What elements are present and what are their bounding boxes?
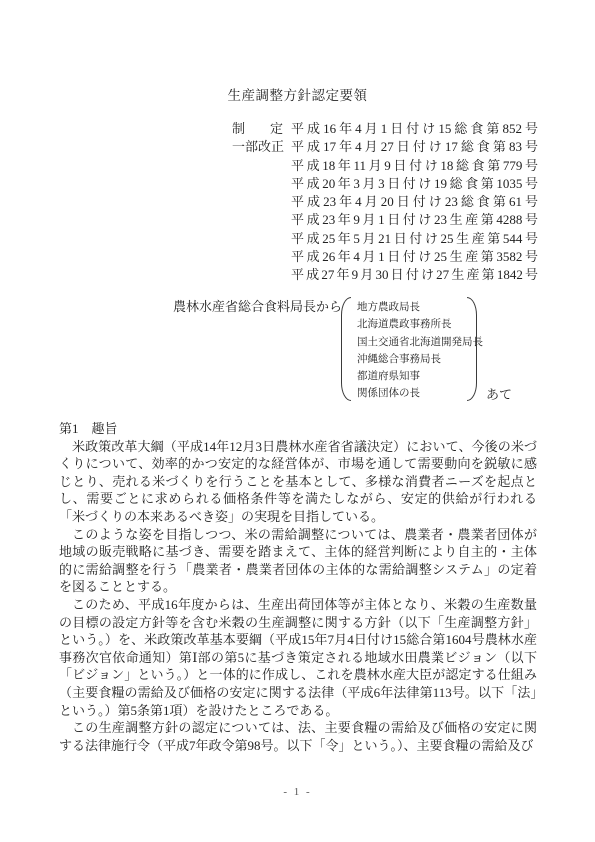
history-row-date: 平成20年3月3日付け19総食第1035号	[291, 175, 538, 193]
history-row-label: 一部改正	[232, 138, 283, 156]
recipient-item: 北海道農政事務所長	[357, 316, 483, 333]
right-parenthesis-bracket	[467, 297, 477, 401]
history-row: 平成27年9月30日付け27生産第1842号	[232, 266, 538, 284]
paragraph-3: このため、平成16年度からは、生産出荷団体等が主体となり、米穀の生産数量の目標の…	[59, 596, 537, 719]
history-row-date: 平成23年4月20日付け23総食第61号	[291, 193, 538, 211]
sender-suffix: あて	[486, 384, 512, 403]
recipient-item: 都道府県知事	[357, 368, 483, 385]
history-row: 平成23年9月1日付け23生産第4288号	[232, 211, 538, 229]
history-row-date: 平成27年9月30日付け27生産第1842号	[291, 266, 538, 284]
history-row-date: 平成26年4月1日付け25生産第3582号	[291, 248, 538, 266]
page-title: 生産調整方針認定要領	[0, 84, 595, 104]
history-row-label: 制 定	[232, 120, 283, 138]
page-number: - 1 -	[0, 786, 595, 798]
history-row-date: 平成23年9月1日付け23生産第4288号	[291, 211, 538, 229]
paragraph-1: 米政策改革大綱（平成14年12月3日農林水産省省議決定）において、今後の米づくり…	[59, 438, 537, 526]
sender-from: 農林水産省総合食料局長から	[173, 296, 342, 315]
section-body: 第1 趣旨 米政策改革大綱（平成14年12月3日農林水産省省議決定）において、今…	[59, 420, 537, 754]
document-page: 生産調整方針認定要領 制 定平成16年4月1日付け15総食第852号 一部改正平…	[0, 0, 595, 842]
history-row-date: 平成16年4月1日付け15総食第852号	[291, 120, 538, 138]
history-row: 平成20年3月3日付け19総食第1035号	[232, 175, 538, 193]
history-row-date: 平成17年4月27日付け17総食第83号	[291, 138, 538, 156]
history-row: 平成18年11月9日付け18総食第779号	[232, 157, 538, 175]
history-row: 平成26年4月1日付け25生産第3582号	[232, 248, 538, 266]
recipient-item: 地方農政局長	[357, 299, 483, 316]
paragraph-4: この生産調整方針の認定については、法、主要食糧の需給及び価格の安定に関する法律施…	[59, 719, 537, 754]
history-row: 平成25年5月21日付け25生産第544号	[232, 230, 538, 248]
recipient-item: 沖縄総合事務局長	[357, 351, 483, 368]
history-row: 制 定平成16年4月1日付け15総食第852号	[232, 120, 538, 138]
recipient-item: 国土交通省北海道開発局長	[357, 334, 483, 351]
recipient-item: 関係団体の長	[357, 385, 483, 402]
section-heading: 第1 趣旨	[59, 420, 537, 438]
history-row: 平成23年4月20日付け23総食第61号	[232, 193, 538, 211]
history-row-date: 平成18年11月9日付け18総食第779号	[291, 157, 538, 175]
recipient-list: 地方農政局長 北海道農政事務所長 国土交通省北海道開発局長 沖縄総合事務局長 都…	[357, 299, 483, 403]
history-row-date: 平成25年5月21日付け25生産第544号	[291, 230, 538, 248]
left-parenthesis-bracket	[341, 297, 351, 401]
revision-history: 制 定平成16年4月1日付け15総食第852号 一部改正平成17年4月27日付け…	[232, 120, 538, 285]
paragraph-2: このような姿を目指しつつ、米の需給調整については、農業者・農業者団体が地域の販売…	[59, 526, 537, 596]
history-row: 一部改正平成17年4月27日付け17総食第83号	[232, 138, 538, 156]
